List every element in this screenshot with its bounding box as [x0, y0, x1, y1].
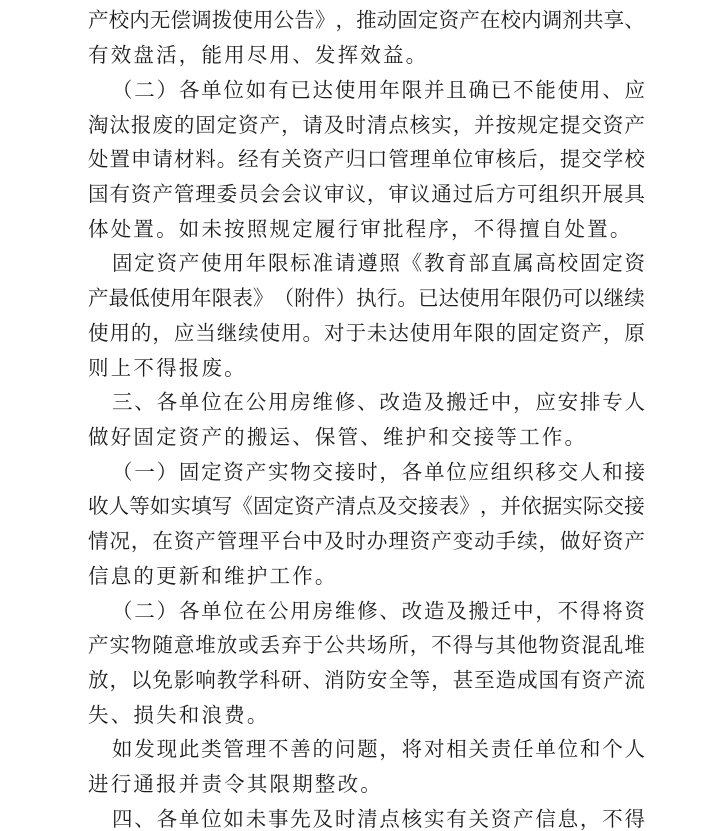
text-line: 产校内无偿调拨使用公告》，推动固定资产在校内调剂共享、 [88, 1, 645, 36]
text-line: 有效盘活，能用尽用、发挥效益。 [88, 36, 645, 71]
text-line: 产最低使用年限表》（附件）执行。已达使用年限仍可以继续 [88, 279, 645, 314]
text-line: 信息的更新和维护工作。 [88, 557, 645, 592]
text-line: 失、损失和浪费。 [88, 695, 645, 730]
text-line: （二）各单位在公用房维修、改造及搬迁中，不得将资 [88, 591, 645, 626]
text-line: （二）各单位如有已达使用年限并且确已不能使用、应 [88, 70, 645, 105]
text-line: 国有资产管理委员会会议审议，审议通过后方可组织开展具 [88, 175, 645, 210]
text-line: 四、各单位如未事先及时清点核实有关资产信息，不得 [88, 800, 645, 831]
document-page: 产校内无偿调拨使用公告》，推动固定资产在校内调剂共享、有效盘活，能用尽用、发挥效… [0, 0, 727, 831]
text-line: （一）固定资产实物交接时，各单位应组织移交人和接 [88, 452, 645, 487]
text-line: 淘汰报废的固定资产，请及时清点核实，并按规定提交资产 [88, 105, 645, 140]
text-line: 则上不得报废。 [88, 348, 645, 383]
text-line: 如发现此类管理不善的问题，将对相关责任单位和个人 [88, 730, 645, 765]
document-body: 产校内无偿调拨使用公告》，推动固定资产在校内调剂共享、有效盘活，能用尽用、发挥效… [88, 1, 645, 831]
text-line: 放，以免影响教学科研、消防安全等，甚至造成国有资产流 [88, 661, 645, 696]
text-line: 处置申请材料。经有关资产归口管理单位审核后，提交学校 [88, 140, 645, 175]
text-line: 三、各单位在公用房维修、改造及搬迁中，应安排专人 [88, 383, 645, 418]
text-line: 情况，在资产管理平台中及时办理资产变动手续，做好资产 [88, 522, 645, 557]
text-line: 收人等如实填写《固定资产清点及交接表》，并依据实际交接 [88, 487, 645, 522]
text-line: 固定资产使用年限标准请遵照《教育部直属高校固定资 [88, 244, 645, 279]
text-line: 进行通报并责令其限期整改。 [88, 765, 645, 800]
text-line: 使用的，应当继续使用。对于未达使用年限的固定资产，原 [88, 313, 645, 348]
text-line: 产实物随意堆放或丢弃于公共场所，不得与其他物资混乱堆 [88, 626, 645, 661]
text-line: 做好固定资产的搬运、保管、维护和交接等工作。 [88, 418, 645, 453]
text-line: 体处置。如未按照规定履行审批程序，不得擅自处置。 [88, 209, 645, 244]
